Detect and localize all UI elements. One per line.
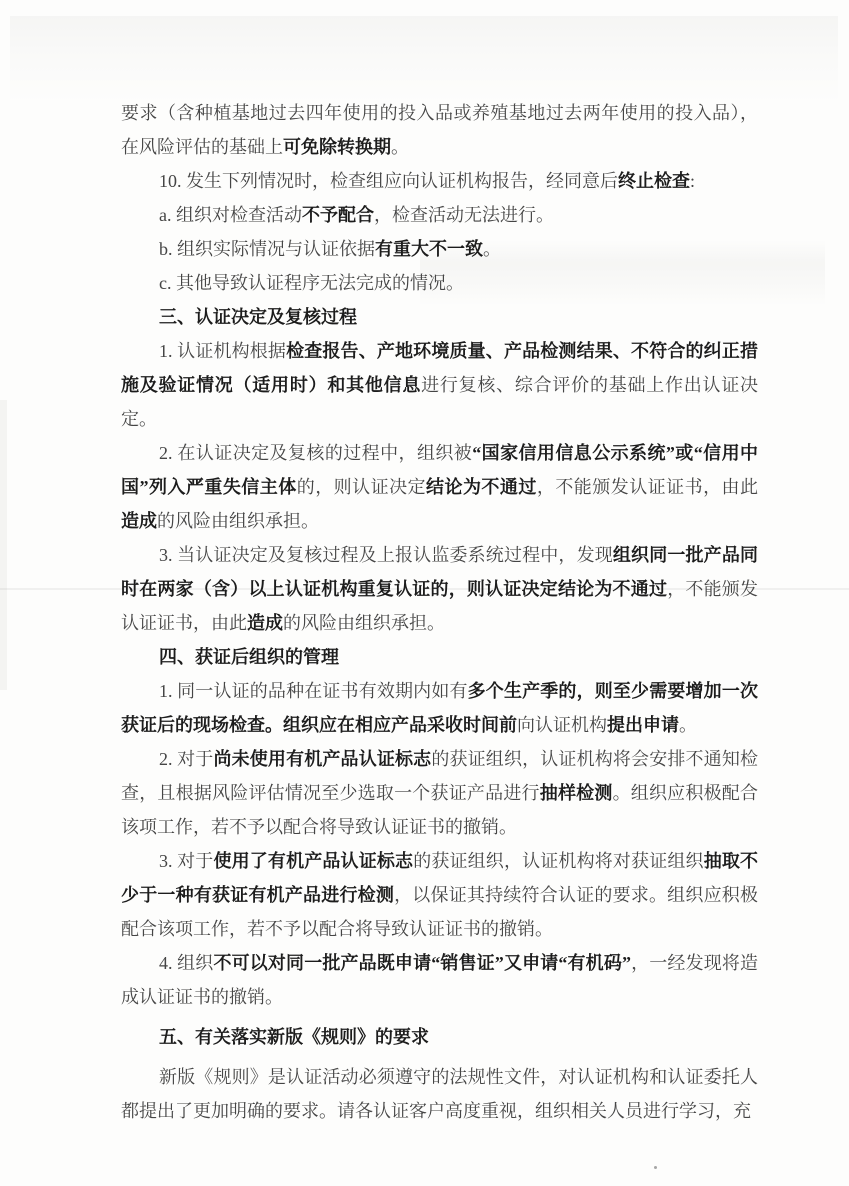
document-paragraph: 2. 对于尚未使用有机产品认证标志的获证组织，认证机构将会安排不通知检查，且根据… — [121, 742, 758, 844]
document-content: 要求（含种植基地过去四年使用的投入品或养殖基地过去两年使用的投入品），在风险评估… — [121, 96, 758, 1128]
document-paragraph: 1. 认证机构根据检查报告、产地环境质量、产品检测结果、不符合的纠正措施及验证情… — [121, 334, 758, 436]
text-run: 。 — [679, 715, 697, 735]
document-paragraph: 要求（含种植基地过去四年使用的投入品或养殖基地过去两年使用的投入品），在风险评估… — [121, 96, 758, 164]
text-run-bold: 造成 — [121, 511, 157, 531]
text-run: 的获证组织，认证机构将对获证组织 — [413, 851, 704, 871]
text-run: ，检查活动无法进行。 — [374, 205, 554, 225]
text-run: 4. 组织 — [159, 953, 213, 973]
text-run-bold: 三、认证决定及复核过程 — [159, 307, 357, 327]
text-run-bold: 造成 — [247, 613, 283, 633]
document-paragraph: 3. 对于使用了有机产品认证标志的获证组织，认证机构将对获证组织抽取不少于一种有… — [121, 844, 758, 946]
text-run: a. 组织对检查活动 — [159, 205, 302, 225]
text-run: 的风险由组织承担。 — [157, 511, 319, 531]
text-run: 向认证机构 — [517, 715, 607, 735]
text-run-bold: 终止检查 — [618, 171, 690, 191]
document-paragraph: 2. 在认证决定及复核的过程中，组织被“国家信用信息公示系统”或“信用中国”列入… — [121, 436, 758, 538]
document-paragraph: 1. 同一认证的品种在证书有效期内如有多个生产季的，则至少需要增加一次获证后的现… — [121, 674, 758, 742]
section-heading: 四、获证后组织的管理 — [121, 640, 758, 674]
text-run-bold: 抽样检测 — [540, 783, 613, 803]
text-run-bold: 四、获证后组织的管理 — [159, 647, 339, 667]
text-run: 3. 当认证决定及复核过程及上报认监委系统过程中，发现 — [159, 545, 613, 565]
text-run-bold: 结论为不通过 — [426, 477, 537, 497]
document-paragraph: c. 其他导致认证程序无法完成的情况。 — [121, 266, 758, 300]
document-paragraph: b. 组织实际情况与认证依据有重大不一致。 — [121, 232, 758, 266]
text-run: 3. 对于 — [159, 851, 213, 871]
text-run-bold: 不予配合 — [302, 205, 374, 225]
document-paragraph: a. 组织对检查活动不予配合，检查活动无法进行。 — [121, 198, 758, 232]
text-run-bold: 可免除转换期 — [283, 137, 391, 157]
text-run: 的，则认证决定 — [297, 477, 426, 497]
scan-artifact-band-top — [10, 16, 838, 104]
text-run: ，不能颁发认证证书，由此 — [537, 477, 758, 497]
text-run: c. 其他导致认证程序无法完成的情况。 — [159, 273, 464, 293]
text-run-bold: 不可以对同一批产品既申请“销售证”又申请“有机码” — [213, 953, 631, 973]
text-run-bold: 五、有关落实新版《规则》的要求 — [159, 1027, 429, 1047]
text-run: 。 — [483, 239, 501, 259]
text-run: 10. 发生下列情况时，检查组应向认证机构报告，经同意后 — [159, 171, 618, 191]
text-run: 2. 在认证决定及复核的过程中，组织被 — [159, 443, 472, 463]
document-paragraph: 3. 当认证决定及复核过程及上报认监委系统过程中，发现组织同一批产品同时在两家（… — [121, 538, 758, 640]
section-heading: 五、有关落实新版《规则》的要求 — [121, 1020, 758, 1054]
text-run: 2. 对于 — [159, 749, 213, 769]
text-run-bold: 使用了有机产品认证标志 — [213, 851, 413, 871]
text-run: 新版《规则》是认证活动必须遵守的法规性文件，对认证机构和认证委托人都提出了更加明… — [121, 1067, 758, 1121]
text-run: 要求（含种植基地过去四年使用的投入品或养殖基地过去两年使用的投入品），在风险评估… — [121, 103, 758, 157]
scan-artifact-edge — [0, 400, 7, 690]
document-paragraph: 4. 组织不可以对同一批产品既申请“销售证”又申请“有机码”，一经发现将造成认证… — [121, 946, 758, 1014]
text-run-bold: 尚未使用有机产品认证标志 — [213, 749, 431, 769]
text-run-bold: 提出申请 — [607, 715, 679, 735]
document-paragraph: 10. 发生下列情况时，检查组应向认证机构报告，经同意后终止检查: — [121, 164, 758, 198]
text-run: : — [690, 171, 695, 191]
text-run: b. 组织实际情况与认证依据 — [159, 239, 375, 259]
text-run: 。 — [391, 137, 409, 157]
text-run: 1. 同一认证的品种在证书有效期内如有 — [159, 681, 468, 701]
text-run: 的风险由组织承担。 — [283, 613, 445, 633]
document-paragraph: 新版《规则》是认证活动必须遵守的法规性文件，对认证机构和认证委托人都提出了更加明… — [121, 1060, 758, 1128]
text-run-bold: 有重大不一致 — [375, 239, 483, 259]
text-run: 1. 认证机构根据 — [159, 341, 286, 361]
section-heading: 三、认证决定及复核过程 — [121, 300, 758, 334]
scan-artifact-dot — [654, 1166, 657, 1169]
